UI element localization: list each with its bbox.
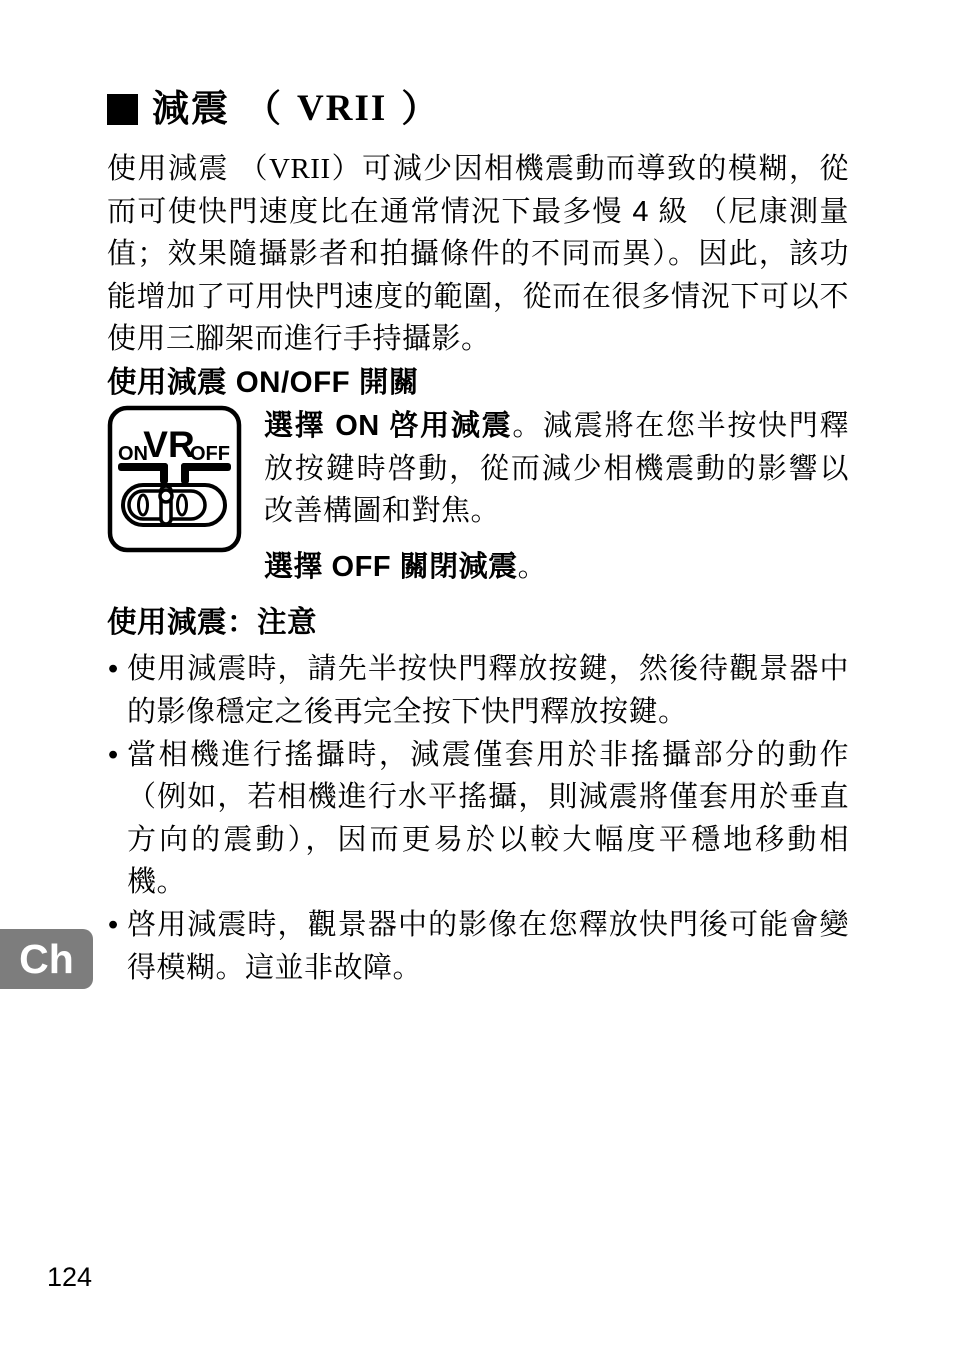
- note-text: 當相機進行搖攝時，減震僅套用於非搖攝部分的動作（例如，若相機進行水平搖攝，則減震…: [127, 739, 849, 899]
- on-instruction: 選擇 ON 啓用減震。減震將在您半按快門釋放按鍵時啓動，從而減少相機震動的影響以…: [264, 405, 849, 533]
- off-instruction-rest: 。: [518, 551, 548, 583]
- list-item: •當相機進行搖攝時，減震僅套用於非搖攝部分的動作（例如，若相機進行水平搖攝，則減…: [107, 734, 849, 904]
- vr-label: VR: [143, 424, 194, 465]
- note-text: 啓用減震時，觀景器中的影像在您釋放快門後可能會變得模糊。這並非故障。: [127, 909, 849, 984]
- intro-paragraph: 使用減震 （VRII）可減少因相機震動而導致的模糊，從而可使快門速度比在通常情況…: [107, 148, 849, 361]
- section-heading-switch: 使用減震 ON/OFF 開關: [107, 362, 849, 404]
- intro-code: VRII: [269, 153, 331, 185]
- page-title-text: 減震: [152, 84, 230, 134]
- page-title-paren-open: （: [244, 84, 283, 134]
- off-label: OFF: [190, 443, 230, 465]
- bullet-icon: •: [108, 734, 119, 777]
- page-title: ■ 減震 （VRII）: [107, 84, 849, 134]
- intro-text-before: 使用減震 （: [107, 153, 269, 185]
- bullet-icon: •: [108, 904, 119, 947]
- page-title-paren-close: ）: [401, 84, 440, 134]
- off-instruction-bold: 選擇 OFF 關閉減震: [264, 551, 518, 583]
- switch-instructions-text: 選擇 ON 啓用減震。減震將在您半按快門釋放按鍵時啓動，從而減少相機震動的影響以…: [264, 405, 849, 588]
- manual-page: ■ 減震 （VRII） 使用減震 （VRII）可減少因相機震動而導致的模糊，從而…: [0, 0, 954, 1345]
- vr-on-off-switch-icon: VR ON OFF: [107, 405, 242, 553]
- notes-list: •使用減震時，請先半按快門釋放按鍵，然後待觀景器中的影像穩定之後再完全按下快門釋…: [107, 648, 849, 989]
- on-instruction-bold: 選擇 ON 啓用減震: [264, 410, 512, 442]
- page-content: ■ 減震 （VRII） 使用減震 （VRII）可減少因相機震動而導致的模糊，從而…: [107, 84, 849, 989]
- list-item: •使用減震時，請先半按快門釋放按鍵，然後待觀景器中的影像穩定之後再完全按下快門釋…: [107, 648, 849, 733]
- chapter-tab: Ch: [0, 929, 93, 989]
- switch-position-marks: [118, 463, 231, 484]
- section-heading-notes: 使用減震：注意: [107, 605, 849, 641]
- page-title-code: VRII: [297, 84, 387, 134]
- slider-switch: [123, 485, 225, 525]
- switch-instructions-row: VR ON OFF 選擇 ON: [107, 405, 849, 588]
- page-number: 124: [47, 1261, 92, 1293]
- on-label: ON: [118, 443, 148, 465]
- square-bullet-icon: ■: [107, 94, 138, 125]
- off-instruction: 選擇 OFF 關閉減震。: [264, 546, 849, 589]
- list-item: •啓用減震時，觀景器中的影像在您釋放快門後可能會變得模糊。這並非故障。: [107, 904, 849, 989]
- bullet-icon: •: [108, 648, 119, 691]
- note-text: 使用減震時，請先半按快門釋放按鍵，然後待觀景器中的影像穩定之後再完全按下快門釋放…: [127, 653, 849, 728]
